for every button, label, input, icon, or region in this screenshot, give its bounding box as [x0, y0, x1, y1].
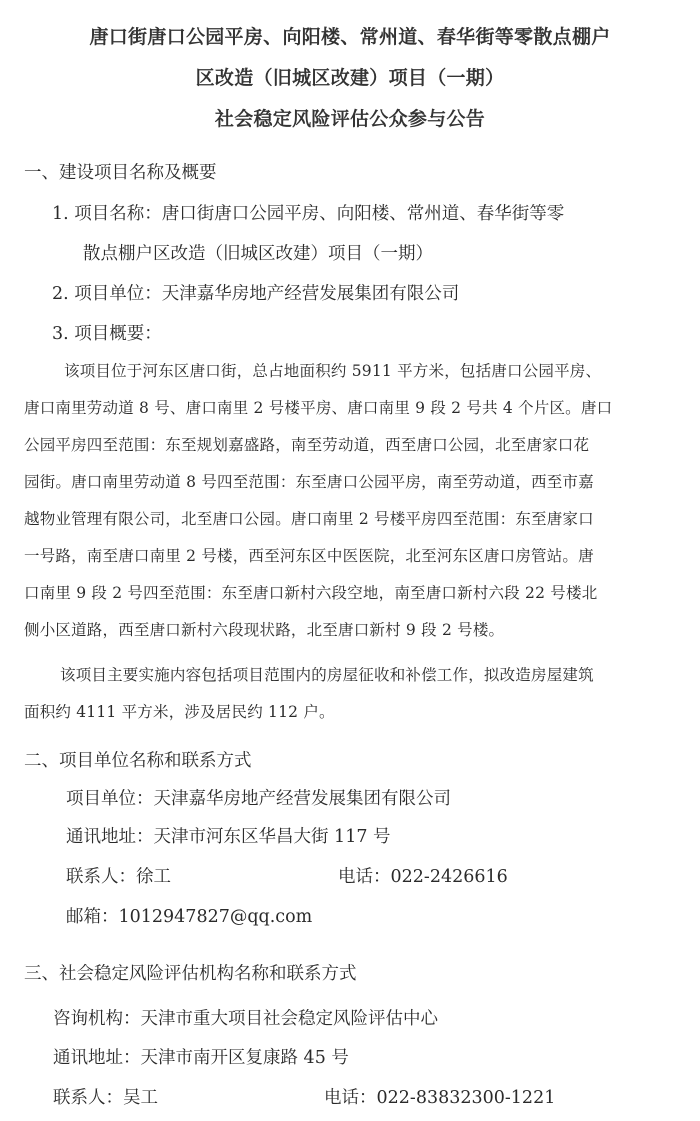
scope-line-1: 该项目主要实施内容包括项目范围内的房屋征收和补偿工作，拟改造房屋建筑: [60, 664, 594, 686]
overview-line-5: 越物业管理有限公司，北至唐口公园。唐口南里 2 号楼平房四至范围：东至唐家口: [24, 508, 594, 530]
overview-line-2: 唐口南里劳动道 8 号、唐口南里 2 号楼平房、唐口南里 9 段 2 号共 4 …: [24, 397, 612, 419]
unit-address: 通讯地址：天津市河东区华昌大街 117 号: [66, 826, 391, 848]
overview-line-6: 一号路，南至唐口南里 2 号楼，西至河东区中医医院，北至河东区唐口房管站。唐: [24, 545, 594, 567]
project-overview-label: 3. 项目概要：: [52, 323, 162, 345]
unit-name: 项目单位：天津嘉华房地产经营发展集团有限公司: [66, 788, 451, 810]
section3-heading: 三、社会稳定风险评估机构名称和联系方式: [24, 963, 357, 985]
agency-contact-person: 联系人：吴工: [53, 1087, 158, 1109]
title-line-2: 区改造（旧城区改建）项目（一期）: [0, 63, 700, 90]
project-unit: 2. 项目单位：天津嘉华房地产经营发展集团有限公司: [52, 283, 459, 305]
scope-line-2: 面积约 4111 平方米，涉及居民约 112 户。: [24, 701, 335, 723]
overview-line-7: 口南里 9 段 2 号四至范围：东至唐口新村六段空地，南至唐口新村六段 22 号…: [24, 582, 597, 604]
section1-heading: 一、建设项目名称及概要: [24, 162, 217, 184]
unit-email: 邮箱：1012947827@qq.com: [66, 906, 312, 928]
title-line-1: 唐口街唐口公园平房、向阳楼、常州道、春华街等零散点棚户: [0, 22, 700, 49]
overview-line-8: 侧小区道路，西至唐口新村六段现状路，北至唐口新村 9 段 2 号楼。: [24, 619, 504, 641]
overview-line-1: 该项目位于河东区唐口街，总占地面积约 5911 平方米，包括唐口公园平房、: [64, 360, 601, 382]
overview-line-4: 园街。唐口南里劳动道 8 号四至范围：东至唐口公园平房，南至劳动道，西至市嘉: [24, 471, 594, 493]
unit-contact-person: 联系人：徐工: [66, 866, 171, 888]
title-line-3: 社会稳定风险评估公众参与公告: [0, 104, 700, 131]
section2-heading: 二、项目单位名称和联系方式: [24, 750, 252, 772]
agency-address: 通讯地址：天津市南开区复康路 45 号: [53, 1047, 349, 1069]
project-name-line-1: 1. 项目名称：唐口街唐口公园平房、向阳楼、常州道、春华街等零: [52, 203, 564, 225]
overview-line-3: 公园平房四至范围：东至规划嘉盛路，南至劳动道，西至唐口公园，北至唐家口花: [24, 434, 589, 456]
project-name-line-2: 散点棚户区改造（旧城区改建）项目（一期）: [83, 243, 433, 265]
unit-phone: 电话：022-2426616: [338, 866, 508, 888]
agency-name: 咨询机构：天津市重大项目社会稳定风险评估中心: [53, 1008, 438, 1030]
agency-phone: 电话：022-83832300-1221: [324, 1087, 555, 1109]
